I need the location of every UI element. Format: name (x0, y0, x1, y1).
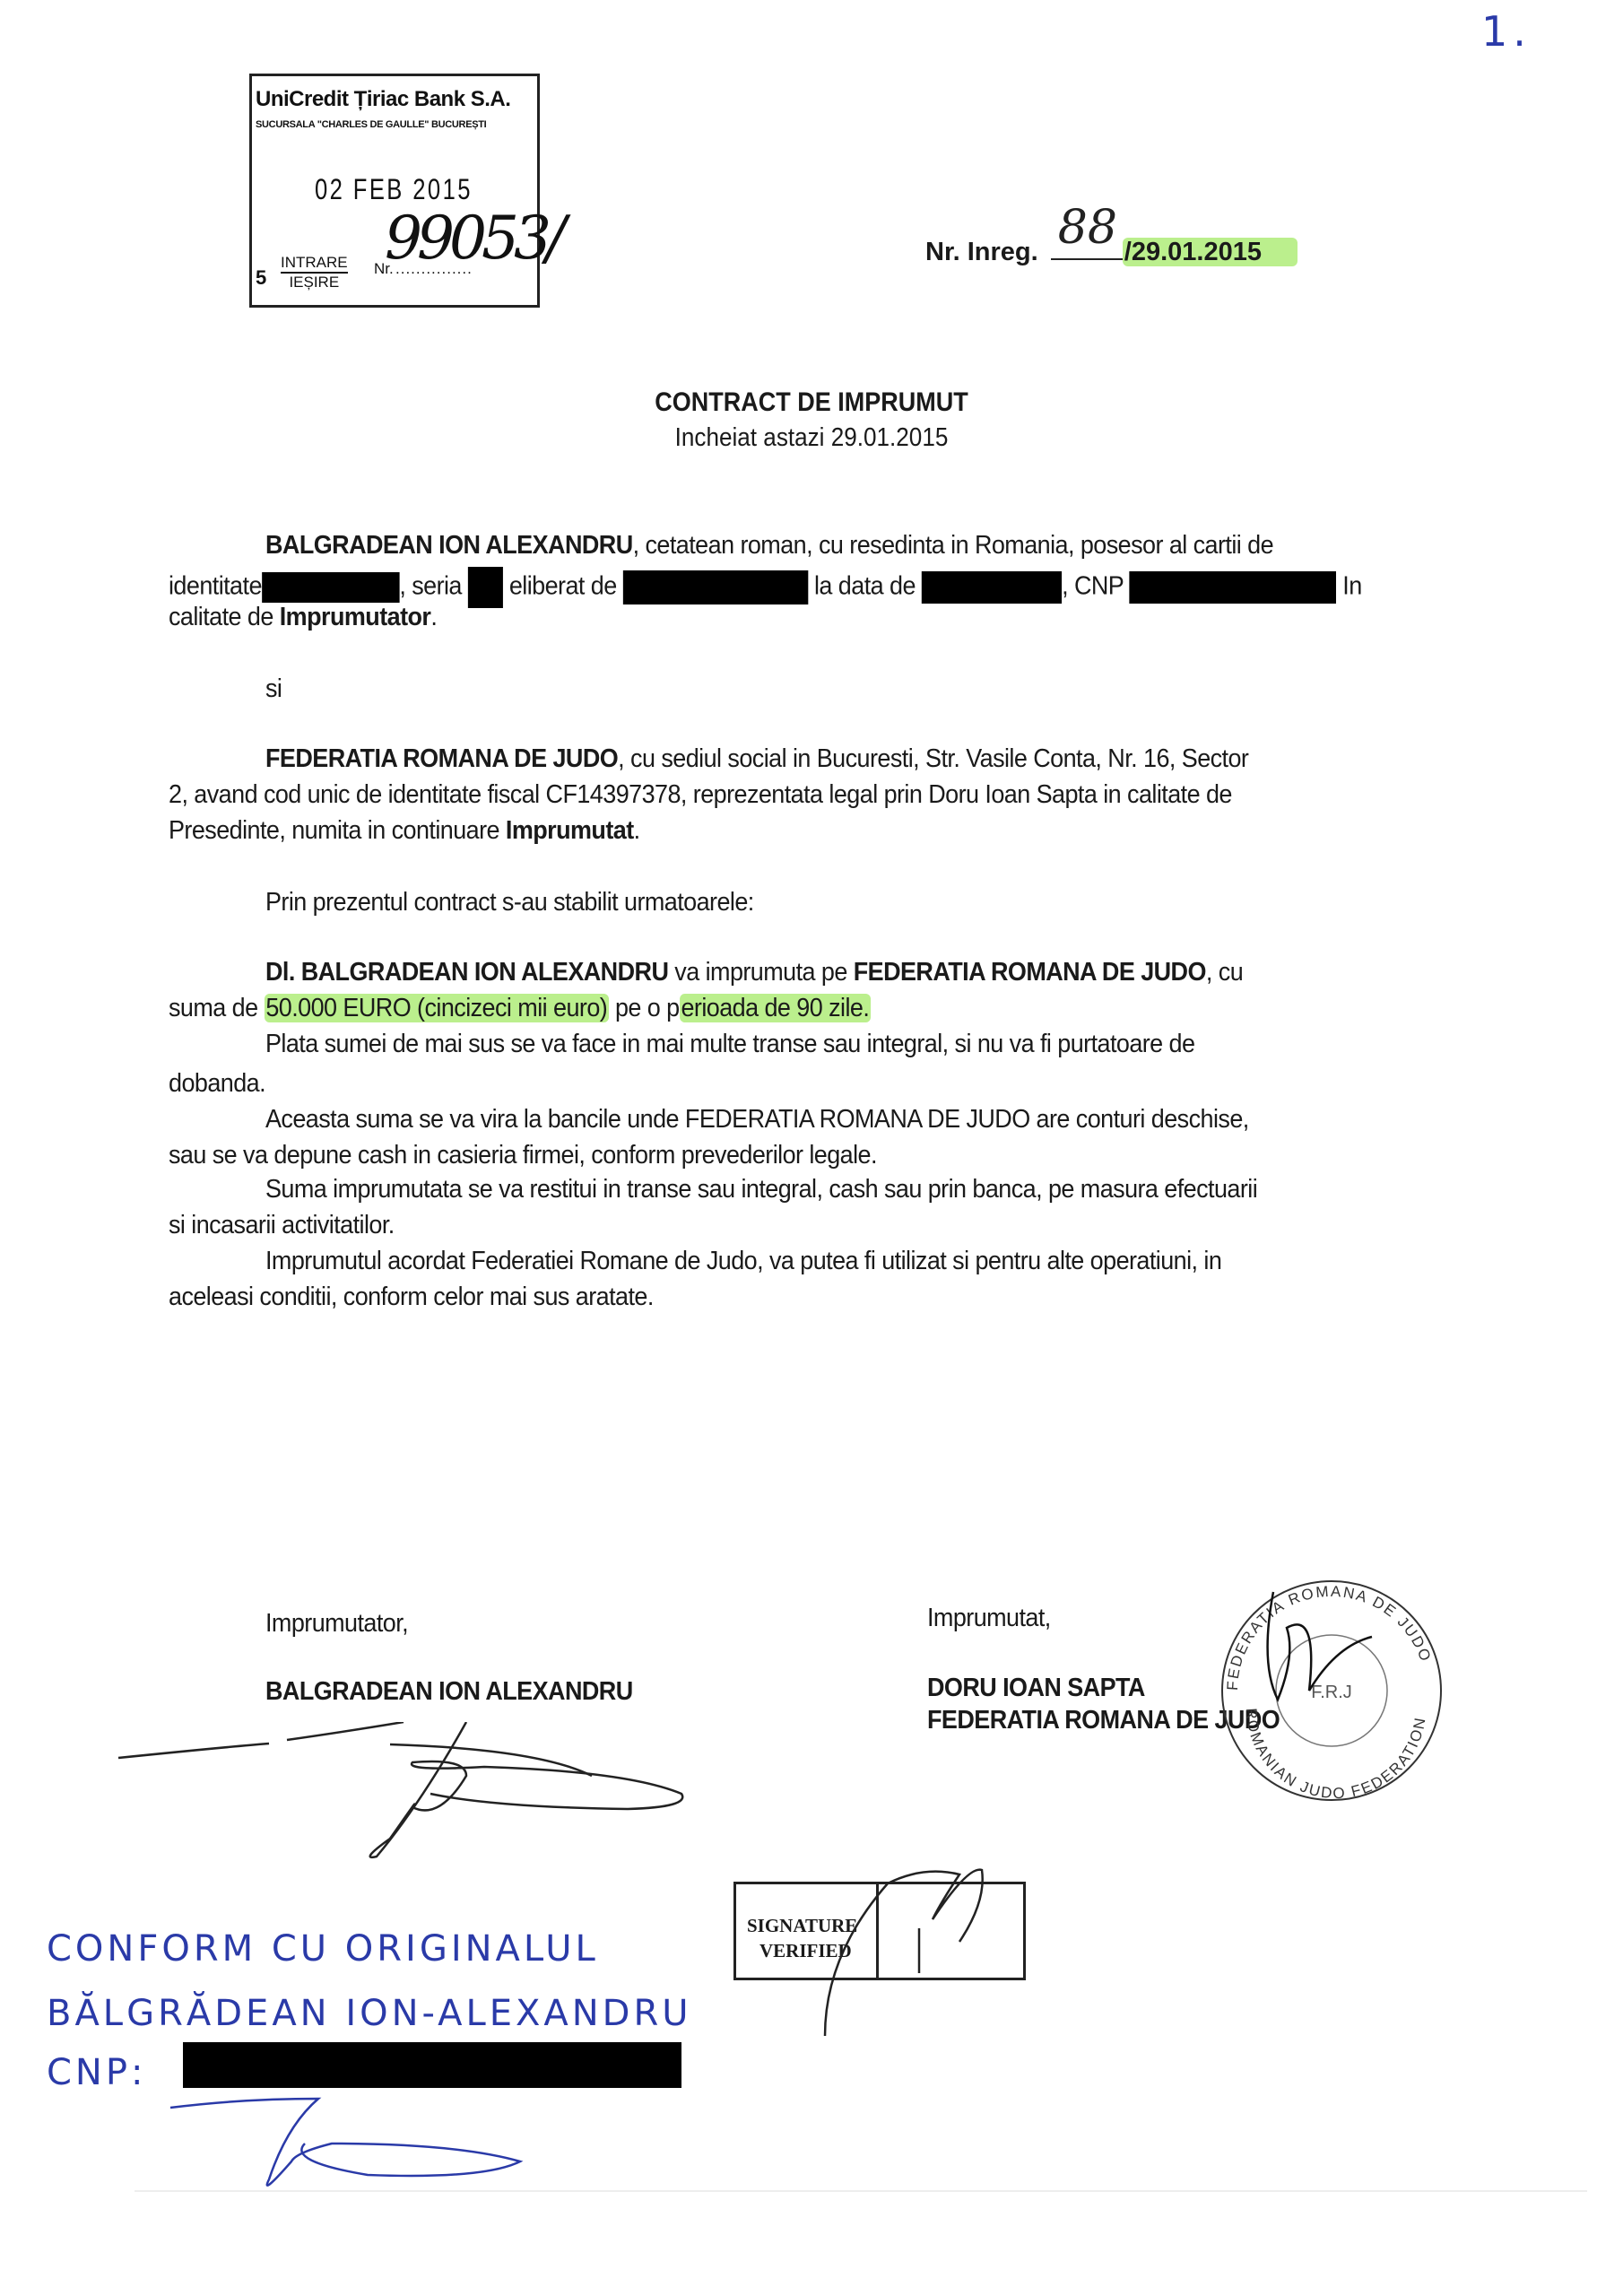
stamp-outer-ro: FEDERATIA ROMANA DE JUDO (1224, 1583, 1435, 1692)
bank-stamp: UniCredit Țiriac Bank S.A. SUCURSALA "CH… (249, 74, 540, 308)
party2-line1-text: , cu sediul social in Bucuresti, Str. Va… (618, 744, 1248, 773)
clause5-line1: Imprumutul acordat Federatiei Romane de … (265, 1247, 1221, 1276)
redacted-id-number (262, 572, 399, 603)
party2-line3: Presedinte, numita in continuare Imprumu… (169, 816, 640, 846)
handwritten-line2: BĂLGRĂDEAN ION-ALEXANDRU (47, 1993, 692, 2034)
redacted-series (468, 567, 503, 608)
clause2-line1: Plata sumei de mai sus se va face in mai… (265, 1030, 1194, 1059)
clause1-line2: suma de 50.000 EURO (cincizeci mii euro)… (169, 994, 871, 1023)
party2-name: FEDERATIA ROMANA DE JUDO (265, 744, 618, 773)
clause1-borrower: FEDERATIA ROMANA DE JUDO (854, 958, 1206, 987)
bank-branch: SUCURSALA "CHARLES DE GAULLE" BUCUREȘTI (256, 119, 486, 130)
party2-line2: 2, avand cod unic de identitate fiscal C… (169, 780, 1232, 810)
federation-stamp: FEDERATIA ROMANA DE JUDO ROMANIAN JUDO F… (1211, 1574, 1453, 1807)
redacted-issue-date (922, 571, 1062, 604)
verification-signature (807, 1865, 1040, 2045)
contract-subtitle: Incheiat astazi 29.01.2015 (82, 423, 1542, 453)
handwritten-line1: CONFORM CU ORIGINALUL (47, 1928, 599, 1970)
stamp-center: F.R.J (1311, 1683, 1352, 1702)
redacted-issuer (623, 570, 808, 604)
party1-calitate: calitate de (169, 603, 280, 631)
party1-line3: calitate de Imprumutator. (169, 603, 437, 632)
party2-end: . (634, 816, 640, 845)
party1-name: BALGRADEAN ION ALEXANDRU (265, 531, 633, 560)
registration-handwritten-number: 88 (1058, 201, 1117, 255)
clause1-end: , cu (1206, 958, 1243, 987)
party2-line1: FEDERATIA ROMANA DE JUDO, cu sediul soci… (265, 744, 1248, 774)
party1-role: Imprumutator (280, 603, 431, 631)
redacted-handwritten-cnp (183, 2042, 681, 2088)
stamp-entry-exit: INTRARE IEȘIRE (281, 254, 348, 291)
contract-title: CONTRACT DE IMPRUMUT (82, 387, 1542, 418)
clause5-line2: aceleasi conditii, conform celor mai sus… (169, 1283, 654, 1312)
conjunction: si (265, 674, 282, 704)
party1-la-data: la data de (814, 572, 916, 601)
registration-label: Nr. Inreg. (925, 238, 1038, 266)
party1-eliberat: eliberat de (509, 572, 617, 601)
clause1-mid: pe o p (609, 994, 680, 1022)
party1-cnp: , CNP (1062, 572, 1124, 601)
svg-text:FEDERATIA ROMANA DE JUDO: FEDERATIA ROMANA DE JUDO (1224, 1583, 1435, 1692)
clause3-line2: sau se va depune cash in casieria firmei… (169, 1141, 877, 1170)
handwritten-signature (161, 2090, 592, 2197)
party1-end: . (430, 603, 437, 631)
clause4-line1: Suma imprumutata se va restitui in trans… (265, 1175, 1257, 1205)
clause1-lender: Dl. BALGRADEAN ION ALEXANDRU (265, 958, 668, 987)
registration-number: Nr. Inreg. 88 /29.01.2015 (925, 235, 1298, 267)
party1-seria: , seria (399, 572, 462, 601)
stamp-date: 02 FEB 2015 (315, 173, 473, 206)
intro-line: Prin prezentul contract s-au stabilit ur… (265, 888, 754, 918)
party1-in: In (1342, 572, 1361, 601)
page-number: 1. (1481, 7, 1532, 56)
party2-role: Imprumutat (506, 816, 634, 845)
loan-amount: 50.000 EURO (cincizeci mii euro) (264, 994, 609, 1022)
loan-period: erioada de 90 zile. (680, 994, 872, 1022)
party1-line1: BALGRADEAN ION ALEXANDRU, cetatean roman… (265, 531, 1273, 561)
stamp-nr-dots: ............... (395, 260, 473, 278)
stamp-exit-label: IEȘIRE (289, 274, 339, 291)
stamp-outer-en: ROMANIAN JUDO FEDERATION (1243, 1708, 1429, 1802)
clause1-suma: suma de (169, 994, 264, 1022)
party2-presedinte: Presedinte, numita in continuare (169, 816, 506, 845)
borrower-label: Imprumutat, (927, 1604, 1051, 1633)
lender-label: Imprumutator, (265, 1609, 408, 1639)
stamp-counter: 5 (256, 266, 266, 290)
handwritten-cnp-label: CNP: (47, 2052, 146, 2093)
lender-name: BALGRADEAN ION ALEXANDRU (265, 1677, 633, 1707)
clause1-verb: va imprumuta pe (668, 958, 853, 987)
party1-line1-text: , cetatean roman, cu resedinta in Romani… (633, 531, 1273, 560)
registration-date: /29.01.2015 (1123, 238, 1298, 266)
borrower-name: DORU IOAN SAPTA (927, 1674, 1145, 1703)
redacted-cnp (1130, 571, 1337, 604)
clause1-line1: Dl. BALGRADEAN ION ALEXANDRU va imprumut… (265, 958, 1243, 987)
svg-text:ROMANIAN JUDO FEDERATION: ROMANIAN JUDO FEDERATION (1243, 1708, 1429, 1802)
footer-divider (135, 2190, 1587, 2192)
lender-signature (90, 1722, 717, 1883)
clause2-line2: dobanda. (169, 1069, 265, 1099)
clause4-line2: si incasarii activitatilor. (169, 1211, 395, 1240)
stamp-nr-label: Nr. (374, 260, 394, 278)
clause3-line1: Aceasta suma se va vira la bancile unde … (265, 1105, 1249, 1135)
party1-identitate: identitate (169, 572, 262, 601)
bank-name: UniCredit Țiriac Bank S.A. (256, 87, 510, 112)
stamp-entry-label: INTRARE (281, 254, 348, 274)
